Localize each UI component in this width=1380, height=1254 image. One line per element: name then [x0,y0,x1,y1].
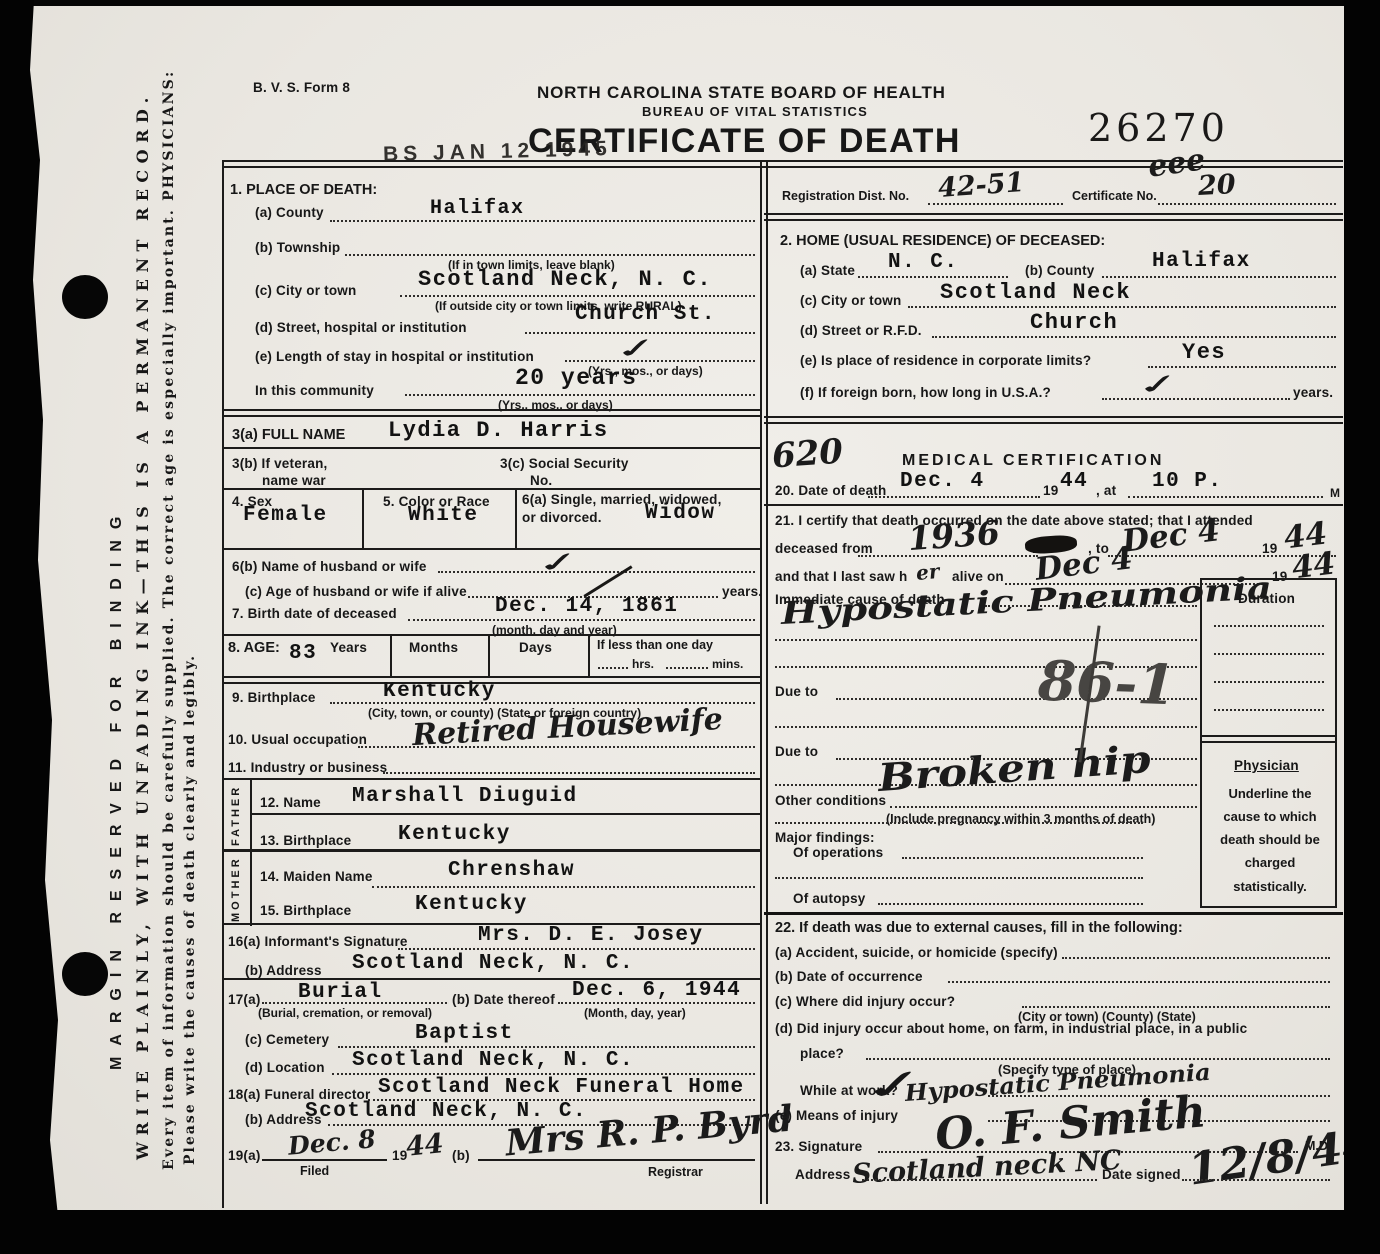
major-findings-label: Major findings: [775,830,875,845]
duration-box-bottom [1200,906,1337,908]
death-date-line [868,496,1040,498]
birthplace-value: Kentucky [383,680,496,703]
home-bottom-rule [764,416,1343,424]
street-label: (d) Street, hospital or institution [255,320,467,335]
date-signed-label: Date signed [1102,1167,1181,1182]
findings-line-top [775,822,1143,824]
marital-value: Widow [645,502,716,525]
left-border [222,160,224,1208]
birth-date-value: Dec. 14, 1861 [495,595,678,618]
community-value: 20 years [515,365,637,391]
home-corporate-value: Yes [1182,340,1226,365]
home-foreign-unit: years. [1293,385,1333,400]
ssn-label2: No. [530,473,552,488]
home-heading: 2. HOME (USUAL RESIDENCE) OF DECEASED: [780,233,1105,249]
means-label: (e) Means of injury [775,1108,898,1123]
veteran-label: 3(b) If veteran, [232,456,327,471]
age-less-label: If less than one day [597,638,713,652]
other-conditions-label: Other conditions [775,793,886,808]
findings-line-mid [775,877,1143,879]
registration-bottom-rule [764,213,1343,221]
age-mins-label: mins. [712,657,743,671]
medical-heading: MEDICAL CERTIFICATION [902,452,1164,470]
mother-name-label: 14. Maiden Name [260,869,373,884]
margin-note-line1: Every item of information should be care… [161,85,177,1170]
serial-number: 26270 [1088,106,1229,150]
board-title: NORTH CAROLINA STATE BOARD OF HEALTH [537,83,946,103]
disposition-date-value: Dec. 6, 1944 [572,979,741,1002]
duration-box-top [1200,578,1337,580]
home-county-value: Halifax [1152,250,1251,273]
home-foreign-line [1102,398,1290,400]
attended-from-label: deceased from [775,541,873,556]
margin-permanent-text: WRITE PLAINLY, WITH UNFADING INK—THIS IS… [133,115,152,1160]
location-line [332,1073,755,1075]
certificate-no-value: 20 [1197,169,1236,202]
mother-birthplace-label: 15. Birthplace [260,903,351,918]
last-saw-label: and that I last saw h [775,569,907,584]
due-to-label-2: Due to [775,744,818,759]
disposition-type-line [262,1002,447,1004]
last-saw-year-hand: 44 [1290,546,1337,587]
hole-punch-top [62,275,108,319]
cemetery-line [338,1046,755,1048]
industry-line [383,772,755,774]
home-county-line [1102,276,1336,278]
last-saw-her-scrawl: er [915,559,941,585]
father-name-value: Marshall Diuguid [352,785,578,808]
form-number: B. V. S. Form 8 [253,80,350,95]
due-to-label-1: Due to [775,684,818,699]
death-time-line [1128,496,1323,498]
physician-label: Physician [1234,758,1299,773]
home-foreign-label: (f) If foreign born, how long in U.S.A.? [800,385,1051,400]
funeral-director-value: Scotland Neck Funeral Home [378,1076,745,1099]
accident-label: (a) Accident, suicide, or homicide (spec… [775,945,1058,960]
father-name-label: 12. Name [260,795,321,810]
industry-label: 11. Industry or business [228,760,387,775]
last-saw-printed: 19 [1272,569,1287,584]
duration-line-2 [1214,653,1324,655]
margin-note-line2: Please write the causes of death clearly… [182,645,198,1165]
physician-address-label: Address [795,1167,850,1182]
informant-signature-value: Mrs. D. E. Josey [478,924,704,947]
parents-label-divider [250,778,252,926]
home-state-value: N. C. [888,251,959,274]
age-value: 83 [289,642,317,665]
death-at-label: , at [1096,483,1116,498]
registrar-label: Registrar [648,1165,703,1179]
city-line [400,295,755,297]
sex-value: Female [243,504,328,527]
home-county-label: (b) County [1025,263,1094,278]
filed-year-printed: 19 [392,1148,407,1163]
alive-on-label: alive on [952,569,1004,584]
mother-birthplace-value: Kentucky [415,893,528,916]
township-label: (b) Township [255,240,340,255]
full-name-label: 3(a) FULL NAME [232,427,345,443]
county-line [330,220,755,222]
home-city-label: (c) City or town [800,293,901,308]
filed-year-hand: 44 [404,1128,445,1163]
informant-signature-label: 16(a) Informant's Signature [228,934,408,949]
county-label: (a) County [255,205,324,220]
operations-line [902,857,1143,859]
attended-to-printed: 19 [1262,541,1277,556]
filed-label: Filed [300,1164,329,1178]
father-birthplace-label: 13. Birthplace [260,833,351,848]
informant-address-value: Scotland Neck, N. C. [352,952,634,975]
age-hrs-label: hrs. [632,657,654,671]
certificate-no-label: Certificate No. [1072,189,1157,203]
birth-date-label: 7. Birth date of deceased [232,606,397,621]
age-years-label: Years [330,640,367,655]
informant-address-label: (b) Address [245,963,322,978]
place-of-death-heading: 1. PLACE OF DEATH: [230,182,377,198]
death-date-value: Dec. 4 [900,470,985,493]
occurrence-label: (b) Date of occurrence [775,969,923,984]
age-months-label: Months [409,640,458,655]
death-date-rule [764,504,1343,506]
date-signed-line [1182,1179,1330,1181]
attended-from-line [858,555,1038,557]
duration-line-1 [1214,625,1324,627]
race-marital-divider [515,488,517,548]
death-m-label: M [1330,486,1340,500]
filing-item-label: 19(a) [228,1148,261,1163]
disposition-item-label: 17(a) [228,992,261,1007]
death-certificate-scan: MARGIN RESERVED FOR BINDING WRITE PLAINL… [0,0,1380,1254]
autopsy-label: Of autopsy [793,891,866,906]
occurrence-line [948,981,1330,983]
parents-top-rule [222,778,762,780]
stay-line [565,360,755,362]
filed-line [262,1159,387,1161]
age-label: 8. AGE: [228,640,280,656]
registration-dist-label: Registration Dist. No. [782,189,909,203]
spouse-line [438,571,755,573]
home-state-line [858,276,1008,278]
cemetery-label: (c) Cemetery [245,1032,329,1047]
home-street-line [932,336,1336,338]
hole-punch-bottom [62,952,108,996]
occupation-line [358,746,755,748]
duration-line-4 [1214,709,1324,711]
disposition-type-hint: (Burial, cremation, or removal) [258,1006,432,1020]
duration-physician-divider [1200,735,1337,743]
physician-signature-label: 23. Signature [775,1139,862,1154]
county-value: Halifax [430,197,525,220]
scan-edge-right [1344,0,1380,1254]
where-line [1022,1006,1330,1008]
where-label: (c) Where did injury occur? [775,994,955,1009]
township-line [345,254,755,256]
scan-edge-bottom [0,1210,1380,1254]
home-city-line [908,306,1336,308]
death-year-value: 44 [1060,470,1088,493]
statistical-code-hand: 86-1 [1037,648,1177,718]
home-city-value: Scotland Neck [940,280,1131,305]
mother-name-line [372,886,755,888]
age-divider-1 [390,634,392,678]
physician-note: Underline the cause to which death shoul… [1210,782,1330,898]
row456-rule [222,548,762,550]
community-line [405,394,755,396]
city-label: (c) City or town [255,283,356,298]
disposition-date-label: (b) Date thereof [452,992,555,1007]
age-days-label: Days [519,640,552,655]
birthplace-label: 9. Birthplace [232,690,316,705]
spouse-label: 6(b) Name of husband or wife [232,559,427,574]
duration-box-right [1335,578,1337,908]
other-conditions-line [890,806,1197,808]
spouse-age-unit: years. [722,584,762,599]
race-value: White [408,504,479,527]
duration-box-left [1200,578,1202,908]
veteran-label2: name war [262,473,326,488]
age-box-top [222,634,762,636]
home-street-value: Church [1030,310,1118,335]
mother-side-label: MOTHER [230,858,242,922]
registration-dist-line [928,203,1063,205]
sex-race-divider [362,488,364,548]
spouse-age-label: (c) Age of husband or wife if alive [245,584,467,599]
medical-bottom-rule [764,912,1343,915]
due-to-line-1b [775,726,1197,728]
full-name-rule [222,447,762,449]
death-year-printed: 19 [1043,483,1058,498]
disposition-type-value: Burial [298,981,383,1004]
top-rule [222,160,1343,168]
operations-label: Of operations [793,845,883,860]
informant-signature-line [398,948,755,950]
cemetery-value: Baptist [415,1022,514,1045]
row3-rule [222,488,762,490]
father-mother-divider [222,849,762,852]
hand-620: 620 [771,432,845,477]
autopsy-line [878,903,1143,905]
age-hrs-line [598,667,628,669]
home-state-label: (a) State [800,263,855,278]
registrar-line [478,1159,755,1161]
birth-date-line [408,619,755,621]
attended-from-hand: 1936 [907,513,1001,558]
accident-line [1062,957,1330,959]
immediate-cause-line1 [775,639,1197,641]
father-name-rule [250,813,762,815]
home-corporate-line [1148,366,1336,368]
place-label: place? [800,1046,844,1061]
age-mins-line [666,667,708,669]
mother-name-value: Chrenshaw [448,859,575,882]
street-value: Church St. [575,303,716,326]
duration-line-3 [1214,681,1324,683]
external-heading: 22. If death was due to external causes,… [775,920,1183,936]
margin-binding-text: MARGIN RESERVED FOR BINDING [108,420,126,1070]
location-label: (d) Location [245,1060,325,1075]
community-label: In this community [255,383,374,398]
disposition-date-hint: (Month, day, year) [584,1006,686,1020]
place-line [866,1058,1330,1060]
marital-label2: or divorced. [522,510,602,525]
about-label: (d) Did injury occur about home, on farm… [775,1021,1247,1036]
father-birthplace-value: Kentucky [398,823,511,846]
ssn-label: 3(c) Social Security [500,456,629,471]
full-name-value: Lydia D. Harris [388,418,609,443]
stay-label: (e) Length of stay in hospital or instit… [255,349,534,364]
home-street-label: (d) Street or R.F.D. [800,323,922,338]
occupation-label: 10. Usual occupation [228,732,367,747]
city-value: Scotland Neck, N. C. [418,267,712,292]
father-side-label: FATHER [230,786,242,846]
registrar-item-label: (b) [452,1148,470,1163]
registration-dist-value: 42-51 [937,167,1025,204]
age-divider-3 [588,634,590,678]
bureau-title: BUREAU OF VITAL STATISTICS [642,104,868,119]
disposition-date-line [558,1002,755,1004]
duration-label: Duration [1238,591,1295,606]
age-divider-2 [488,634,490,678]
home-corporate-label: (e) Is place of residence in corporate l… [800,353,1091,368]
location-value: Scotland Neck, N. C. [352,1049,634,1072]
physician-address-line [862,1179,1097,1181]
death-time-value: 10 P. [1152,470,1223,493]
section1-bottom-rule [222,409,762,417]
certificate-no-line [1158,203,1336,205]
